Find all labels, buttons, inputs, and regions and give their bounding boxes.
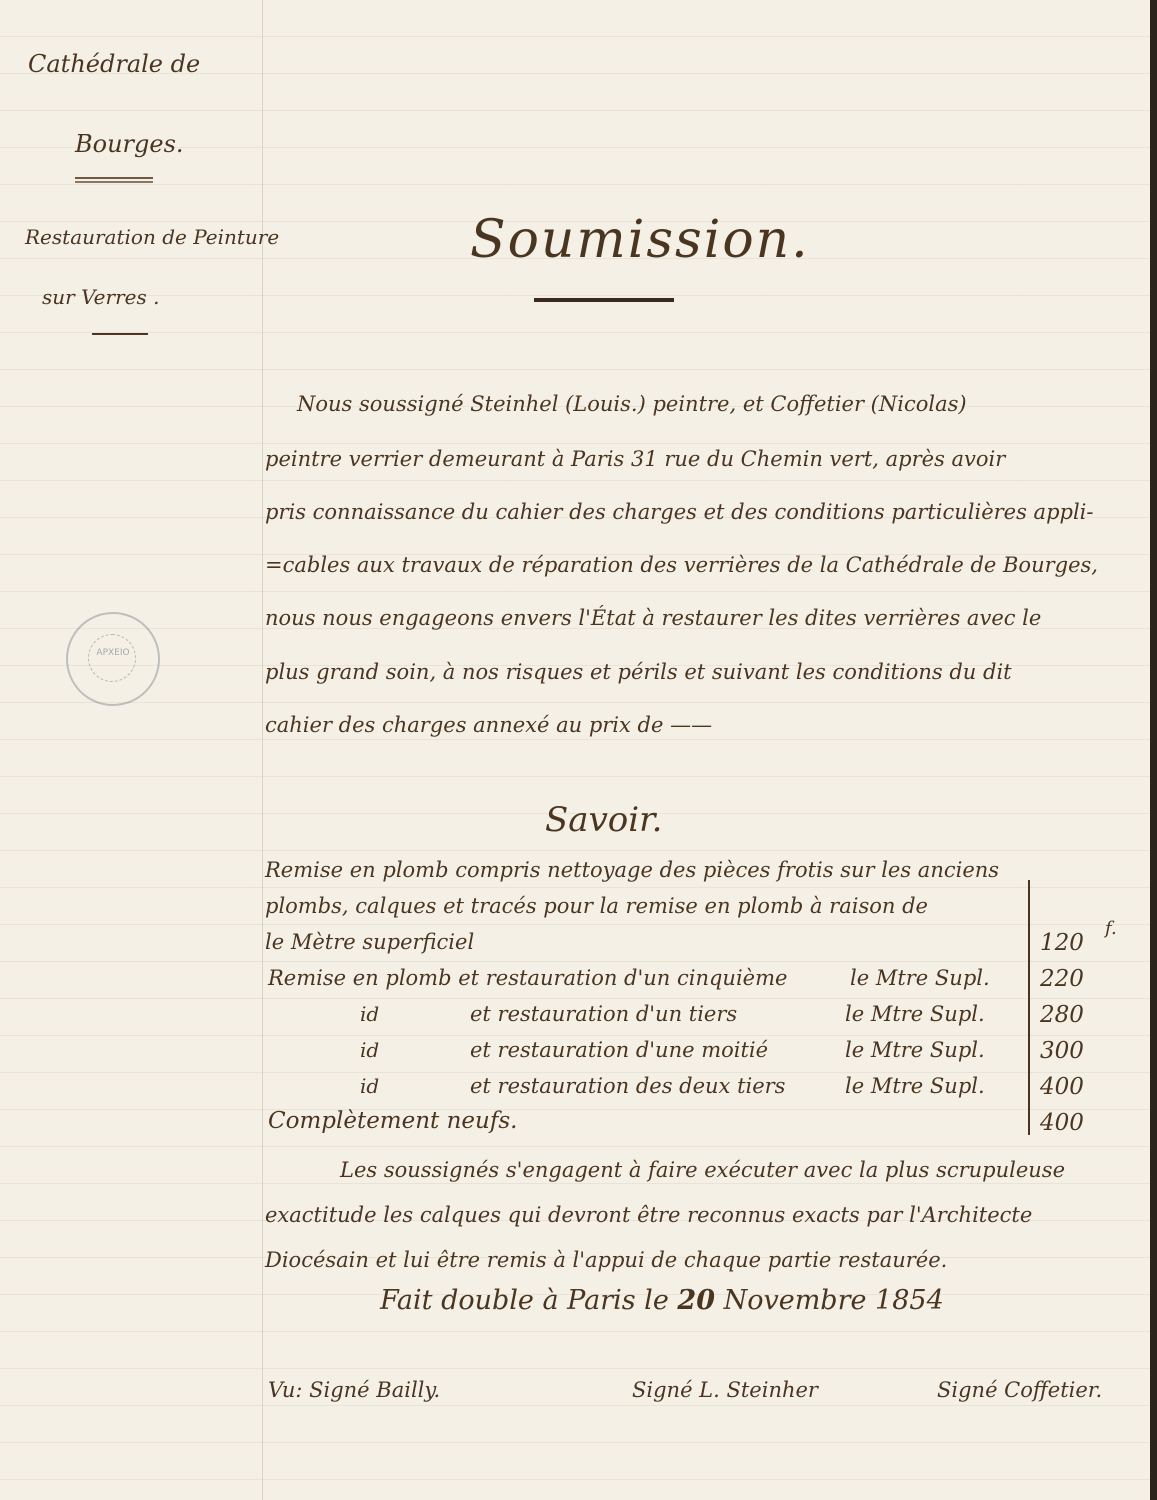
ditto-mark: id bbox=[360, 1038, 379, 1062]
price-value: 400 bbox=[1040, 1110, 1084, 1136]
price-item-text: le Mètre superficiel bbox=[265, 930, 474, 954]
margin-heading-line1: Cathédrale de bbox=[28, 50, 200, 78]
price-value: 300 bbox=[1040, 1038, 1084, 1064]
price-item-text: et restauration des deux tiers bbox=[470, 1074, 785, 1098]
stamp-inner-ring bbox=[88, 634, 136, 682]
stamp-text: ΑΡΧΕΙΟ bbox=[68, 648, 158, 658]
price-item-text: plombs, calques et tracés pour la remise… bbox=[265, 894, 928, 918]
price-value: 280 bbox=[1040, 1002, 1084, 1028]
closing-line: exactitude les calques qui devront être … bbox=[265, 1203, 1032, 1227]
savoir-heading: Savoir. bbox=[545, 800, 662, 840]
body-line: pris connaissance du cahier des charges … bbox=[265, 500, 1094, 524]
price-item-text: et restauration d'un tiers bbox=[470, 1002, 737, 1026]
margin-subject-line1: Restauration de Peinture bbox=[25, 225, 279, 249]
signature-coffetier: Signé Coffetier. bbox=[937, 1378, 1102, 1402]
title-underline bbox=[534, 298, 674, 302]
document-page: Cathédrale de Bourges. Restauration de P… bbox=[0, 0, 1150, 1500]
margin-subject-line2: sur Verres . bbox=[42, 285, 159, 309]
date-day: 20 bbox=[677, 1285, 715, 1316]
price-item-text: Remise en plomb compris nettoyage des pi… bbox=[265, 858, 999, 882]
margin-double-rule bbox=[75, 177, 153, 179]
margin-rule-short bbox=[92, 333, 148, 335]
date-suffix: Novembre 1854 bbox=[724, 1285, 944, 1316]
page-edge bbox=[1150, 0, 1157, 1500]
date-prefix: Fait double à Paris le bbox=[380, 1285, 669, 1316]
date-line: Fait double à Paris le 20 Novembre 1854 bbox=[380, 1285, 944, 1316]
ditto-mark: id bbox=[360, 1002, 379, 1026]
body-line: cahier des charges annexé au prix de —— bbox=[265, 713, 712, 737]
archive-stamp: ΑΡΧΕΙΟ bbox=[66, 612, 160, 706]
price-item-unit: le Mtre Supl. bbox=[845, 1002, 985, 1026]
price-value: 400 bbox=[1040, 1074, 1084, 1100]
body-line: nous nous engageons envers l'État à rest… bbox=[265, 606, 1041, 630]
price-item-unit: le Mtre Supl. bbox=[845, 1074, 985, 1098]
price-value: 120 bbox=[1040, 930, 1084, 956]
document-title: Soumission. bbox=[470, 210, 810, 270]
ditto-mark: id bbox=[360, 1074, 379, 1098]
body-line: Nous soussigné Steinhel (Louis.) peintre… bbox=[297, 392, 967, 416]
price-column-rule bbox=[1028, 880, 1030, 1135]
body-line: plus grand soin, à nos risques et périls… bbox=[265, 660, 1012, 684]
margin-heading-line2: Bourges. bbox=[75, 130, 184, 158]
price-item-unit: le Mtre Supl. bbox=[850, 966, 990, 990]
currency-unit: f. bbox=[1105, 918, 1117, 939]
body-line: peintre verrier demeurant à Paris 31 rue… bbox=[265, 447, 1005, 471]
closing-line: Diocésain et lui être remis à l'appui de… bbox=[265, 1248, 947, 1272]
price-item-text: Complètement neufs. bbox=[268, 1108, 517, 1134]
price-item-text: Remise en plomb et restauration d'un cin… bbox=[268, 966, 787, 990]
body-line: =cables aux travaux de réparation des ve… bbox=[265, 553, 1098, 577]
price-item-text: et restauration d'une moitié bbox=[470, 1038, 768, 1062]
price-value: 220 bbox=[1040, 966, 1084, 992]
signature-approval: Vu: Signé Bailly. bbox=[268, 1378, 440, 1402]
signature-steinheil: Signé L. Steinher bbox=[632, 1378, 818, 1402]
price-item-unit: le Mtre Supl. bbox=[845, 1038, 985, 1062]
closing-line: Les soussignés s'engagent à faire exécut… bbox=[340, 1158, 1065, 1182]
